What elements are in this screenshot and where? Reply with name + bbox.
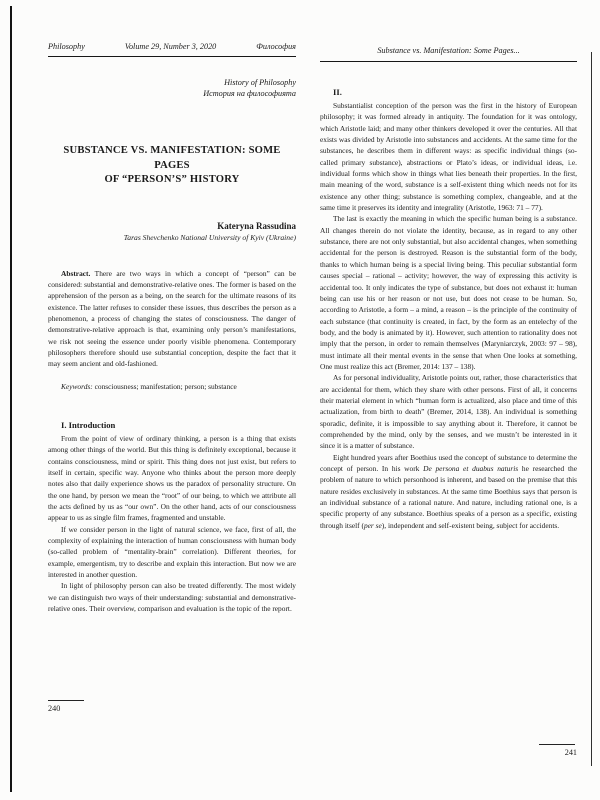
keywords-line: Keywords: consciousness; manifestation; …	[48, 381, 296, 392]
paragraph: Substantialist conception of the person …	[320, 100, 577, 213]
section-heading-ii: II.	[320, 87, 577, 98]
journal-name: Philosophy	[48, 42, 85, 52]
section-rubric: History of Philosophy История на философ…	[48, 77, 296, 99]
page-left: Philosophy Volume 29, Number 3, 2020 Фил…	[48, 42, 296, 614]
latin-phrase: per se	[364, 521, 382, 530]
abstract-block: Abstract. There are two ways in which a …	[48, 268, 296, 392]
article-title-line2: OF “PERSON’S” HISTORY	[48, 173, 296, 188]
author-affiliation: Taras Shevchenko National University of …	[48, 233, 296, 243]
scan-edge-line-left	[10, 6, 12, 792]
footer-rule	[48, 700, 84, 701]
keywords-label: Keywords:	[61, 382, 93, 391]
page-right: Substance vs. Manifestation: Some Pages.…	[320, 46, 577, 531]
paragraph: If we consider person in the light of na…	[48, 524, 296, 581]
page-footer-right: 241	[320, 744, 577, 758]
abstract-text: There are two ways in which a concept of…	[48, 269, 296, 369]
author-name: Kateryna Rassudina	[48, 221, 296, 232]
paragraph: As for personal individuality, Aristotle…	[320, 372, 577, 451]
page-footer-left: 240	[48, 700, 84, 714]
section-ii-body: Substantialist conception of the person …	[320, 100, 577, 531]
paragraph-text: ), independent and self-existent being, …	[382, 521, 559, 530]
journal-issue: Volume 29, Number 3, 2020	[125, 42, 216, 52]
rubric-english: History of Philosophy	[48, 77, 296, 88]
page-number: 241	[320, 748, 577, 758]
introduction-body: From the point of view of ordinary think…	[48, 433, 296, 615]
paragraph: Eight hundred years after Boethius used …	[320, 452, 577, 531]
abstract-paragraph: Abstract. There are two ways in which a …	[48, 268, 296, 370]
scanned-journal-spread: Philosophy Volume 29, Number 3, 2020 Фил…	[0, 0, 600, 800]
article-title: SUBSTANCE VS. MANIFESTATION: SOME PAGES …	[48, 144, 296, 188]
footer-rule	[539, 744, 575, 745]
running-head-right-page: Substance vs. Manifestation: Some Pages.…	[320, 46, 577, 62]
author-block: Kateryna Rassudina Taras Shevchenko Nati…	[48, 221, 296, 243]
keywords-text: consciousness; manifestation; person; su…	[93, 382, 237, 391]
scan-edge-line-right	[591, 52, 592, 766]
paragraph: In light of philosophy person can also b…	[48, 580, 296, 614]
paragraph: The last is exactly the meaning in which…	[320, 213, 577, 372]
article-title-line1: SUBSTANCE VS. MANIFESTATION: SOME PAGES	[48, 144, 296, 173]
running-head-left-page: Philosophy Volume 29, Number 3, 2020 Фил…	[48, 42, 296, 57]
abstract-label: Abstract.	[61, 269, 90, 278]
latin-work-title: De persona et duabus naturis	[423, 464, 518, 473]
page-number: 240	[48, 704, 84, 714]
rubric-bulgarian: История на философията	[48, 88, 296, 99]
section-heading-introduction: I. Introduction	[48, 420, 296, 431]
journal-name-bulgarian: Философия	[256, 42, 296, 52]
paragraph: From the point of view of ordinary think…	[48, 433, 296, 524]
